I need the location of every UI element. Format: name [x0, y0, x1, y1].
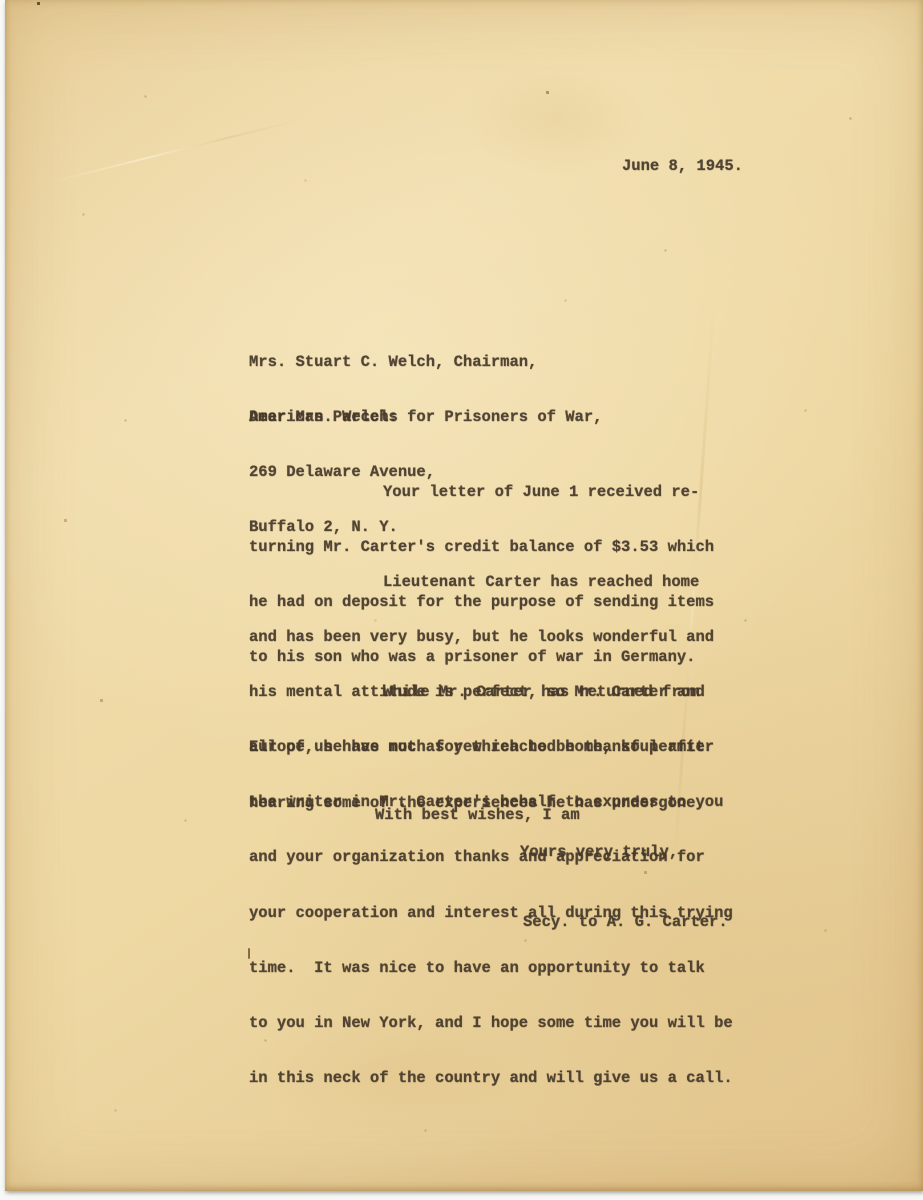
signature-line: Secy. to A. G. Carter. — [523, 913, 728, 931]
body-line: in this neck of the country and will giv… — [249, 1069, 733, 1087]
scanner-background: June 8, 1945. Mrs. Stuart C. Welch, Chai… — [0, 0, 923, 1200]
closing-line: With best wishes, I am — [375, 806, 580, 824]
body-line: time. It was nice to have an opportunity… — [249, 959, 733, 977]
body-line: Europe, he has not as yet reached home, … — [249, 738, 733, 756]
paragraph-3: While Mr. Carter has returned from Europ… — [249, 646, 733, 1125]
body-line: While Mr. Carter has returned from — [249, 683, 733, 701]
paper-stain — [425, 40, 685, 200]
paper-crease — [49, 119, 302, 184]
stray-ink-mark — [248, 948, 250, 959]
foxing-specks — [5, 0, 6, 1]
body-line: Lieutenant Carter has reached home — [249, 573, 714, 591]
body-line: Your letter of June 1 received re- — [249, 483, 714, 501]
body-line: to you in New York, and I hope some time… — [249, 1014, 733, 1032]
letter-page: June 8, 1945. Mrs. Stuart C. Welch, Chai… — [5, 0, 923, 1191]
valediction: Yours very truly, — [520, 843, 678, 861]
letter-date: June 8, 1945. — [622, 157, 743, 175]
recipient-name-line: Mrs. Stuart C. Welch, Chairman, — [249, 353, 602, 371]
salutation: Dear Mrs. Welch: — [249, 408, 398, 426]
body-line: and has been very busy, but he looks won… — [249, 628, 714, 646]
